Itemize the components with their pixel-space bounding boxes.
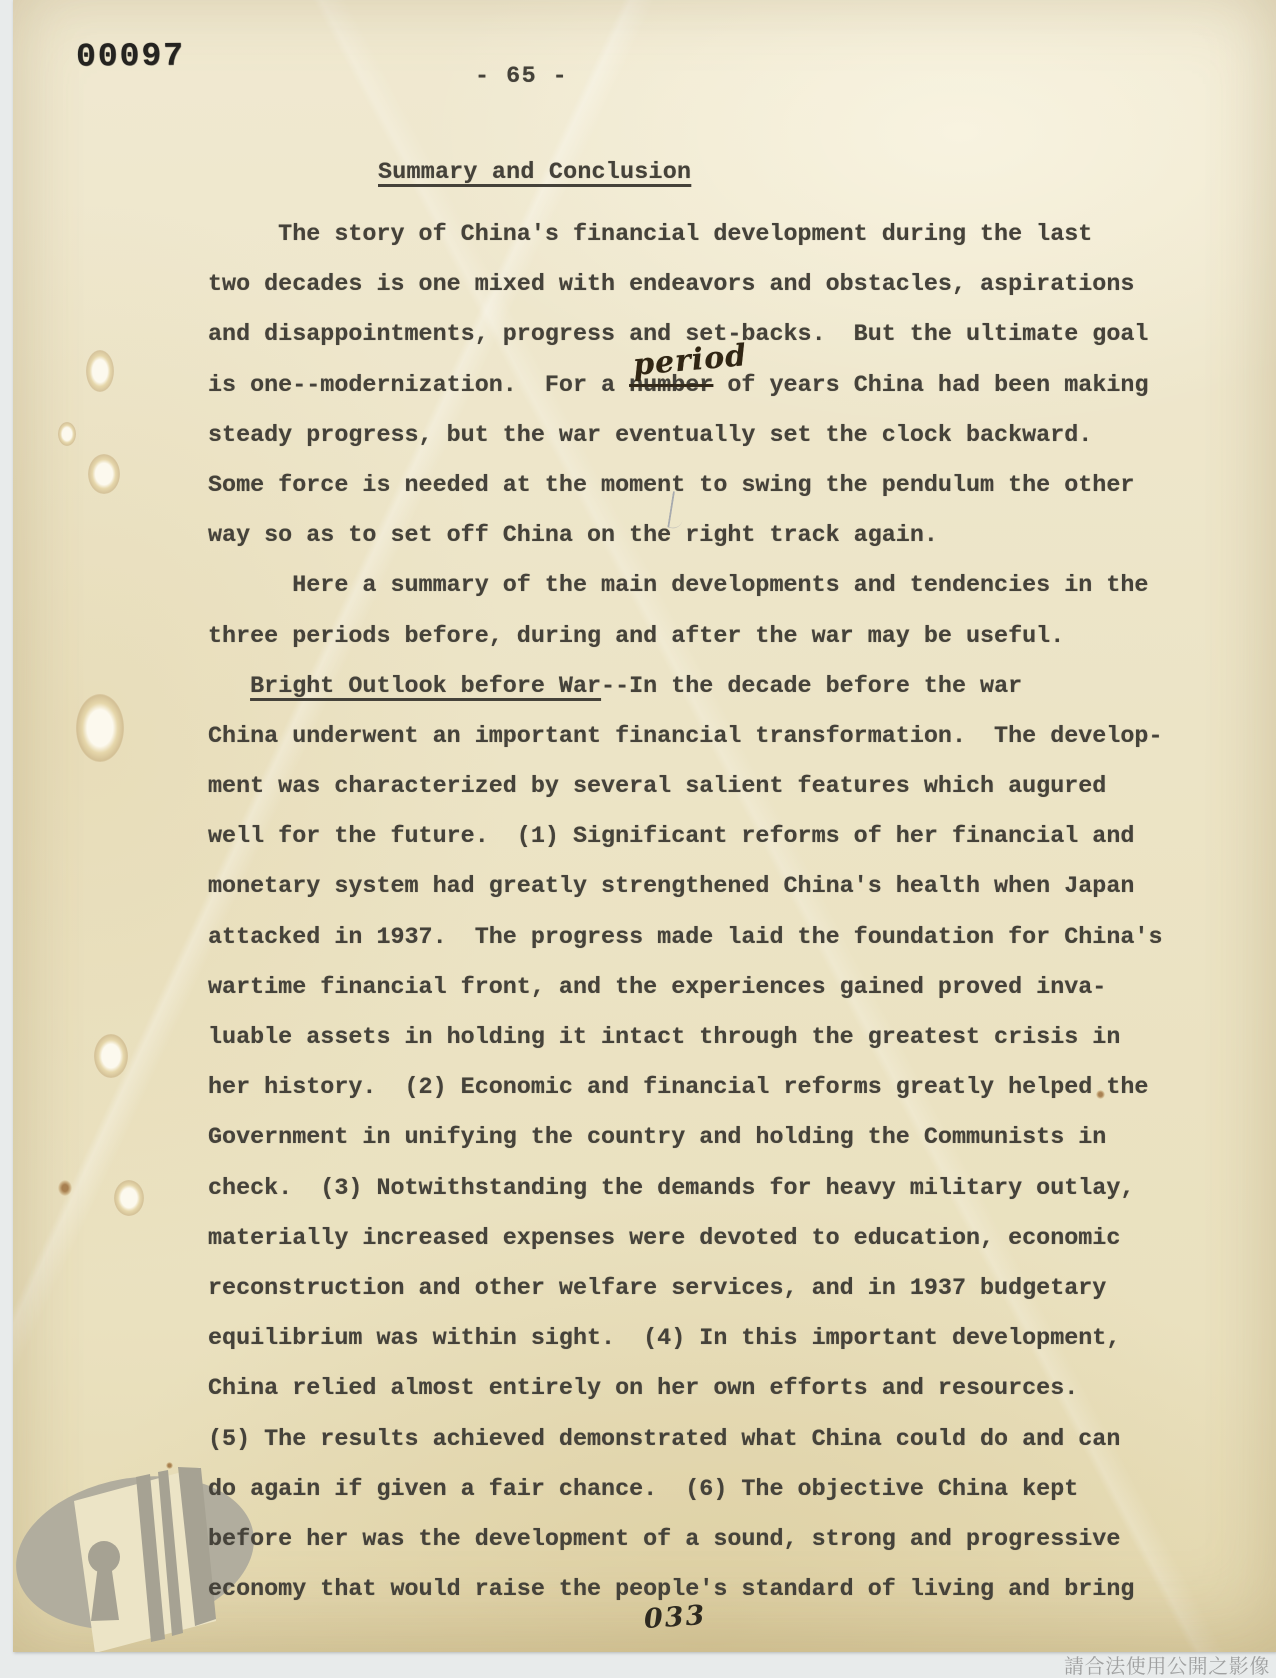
handwritten-page-note: 033 [643, 1600, 707, 1635]
typewritten-line: three periods before, during and after t… [208, 612, 1168, 662]
text-segment: materially increased expenses were devot… [208, 1226, 1120, 1252]
text-segment: Some force is needed at the moment to sw… [208, 473, 1134, 499]
scanned-document-page: 00097 - 65 - Summary and Conclusion The … [0, 0, 1276, 1678]
typewritten-line: two decades is one mixed with endeavors … [208, 260, 1168, 310]
paper-damage-spot [76, 694, 124, 762]
text-segment: ment was characterized by several salien… [208, 774, 1106, 800]
typewritten-line: Government in unifying the country and h… [208, 1113, 1168, 1163]
typewritten-line: China relied almost entirely on her own … [208, 1364, 1168, 1414]
paper-damage-spot [94, 1034, 128, 1078]
text-segment: Here a summary of the main developments … [208, 573, 1148, 599]
typewritten-line: reconstruction and other welfare service… [208, 1264, 1168, 1314]
text-segment: attacked in 1937. The progress made laid… [208, 925, 1163, 951]
text-segment: (5) The results achieved demonstrated wh… [208, 1427, 1120, 1453]
text-segment: equilibrium was within sight. (4) In thi… [208, 1326, 1120, 1352]
paper-rust-spot [58, 1180, 72, 1196]
text-segment [208, 674, 250, 700]
typewritten-line: wartime financial front, and the experie… [208, 963, 1168, 1013]
typewritten-line: before her was the development of a soun… [208, 1515, 1168, 1565]
paper-damage-spot [114, 1180, 144, 1216]
typewritten-line: her history. (2) Economic and financial … [208, 1063, 1168, 1113]
text-segment: reconstruction and other welfare service… [208, 1276, 1106, 1302]
paper-damage-spot [88, 454, 120, 494]
archive-stamp-number: 00097 [76, 38, 185, 76]
text-segment: China relied almost entirely on her own … [208, 1376, 1078, 1402]
text-segment: her history. (2) Economic and financial … [208, 1075, 1148, 1101]
paper-rust-spot [166, 1462, 173, 1469]
paper-damage-spot [86, 350, 114, 392]
text-segment: monetary system had greatly strengthened… [208, 874, 1134, 900]
typewritten-line: China underwent an important financial t… [208, 712, 1168, 762]
typewritten-line: is one--modernization. For a numberperio… [208, 361, 1168, 411]
text-segment: luable assets in holding it intact throu… [208, 1025, 1120, 1051]
section-title: Summary and Conclusion [378, 160, 691, 186]
copyright-watermark: 請合法使用公開之影像 [1064, 1650, 1270, 1678]
text-segment: three periods before, during and after t… [208, 624, 1064, 650]
page-number: - 65 - [475, 64, 568, 90]
typewritten-line: ment was characterized by several salien… [208, 762, 1168, 812]
typewritten-line: steady progress, but the war eventually … [208, 411, 1168, 461]
typewritten-line: Bright Outlook before War--In the decade… [208, 662, 1168, 712]
underlined-phrase: Bright Outlook before War [250, 674, 601, 700]
text-segment: check. (3) Notwithstanding the demands f… [208, 1176, 1134, 1202]
paper-damage-spot [58, 422, 76, 446]
text-segment: --In the decade before the war [601, 674, 1022, 700]
text-segment: of years China had been making [713, 373, 1148, 399]
text-segment: before her was the development of a soun… [208, 1527, 1120, 1553]
typewritten-line: way so as to set off China on the right … [208, 511, 1168, 561]
text-segment: well for the future. (1) Significant ref… [208, 824, 1134, 850]
text-segment: economy that would raise the people's st… [208, 1577, 1134, 1603]
text-segment: steady progress, but the war eventually … [208, 423, 1092, 449]
typewritten-line: equilibrium was within sight. (4) In thi… [208, 1314, 1168, 1364]
text-segment: The story of China's financial developme… [208, 222, 1092, 248]
typewritten-line: Here a summary of the main developments … [208, 561, 1168, 611]
text-segment: two decades is one mixed with endeavors … [208, 272, 1134, 298]
typewritten-line: Some force is needed at the moment to sw… [208, 461, 1168, 511]
typewritten-line: (5) The results achieved demonstrated wh… [208, 1415, 1168, 1465]
typescript-body: The story of China's financial developme… [208, 210, 1168, 1615]
typewritten-line: monetary system had greatly strengthened… [208, 862, 1168, 912]
text-segment: Government in unifying the country and h… [208, 1125, 1106, 1151]
typewritten-line: check. (3) Notwithstanding the demands f… [208, 1164, 1168, 1214]
text-segment: way so as to set off China on the right … [208, 523, 938, 549]
typewritten-line: well for the future. (1) Significant ref… [208, 812, 1168, 862]
typewritten-line: attacked in 1937. The progress made laid… [208, 913, 1168, 963]
text-segment: do again if given a fair chance. (6) The… [208, 1477, 1078, 1503]
text-segment: wartime financial front, and the experie… [208, 975, 1106, 1001]
text-segment: China underwent an important financial t… [208, 724, 1163, 750]
handwritten-correction: period [631, 331, 749, 391]
typewritten-line: do again if given a fair chance. (6) The… [208, 1465, 1168, 1515]
typewritten-line: materially increased expenses were devot… [208, 1214, 1168, 1264]
text-segment: is one--modernization. For a [208, 373, 629, 399]
struck-word: numberperiod [629, 373, 713, 399]
typewritten-line: luable assets in holding it intact throu… [208, 1013, 1168, 1063]
typewritten-line: The story of China's financial developme… [208, 210, 1168, 260]
